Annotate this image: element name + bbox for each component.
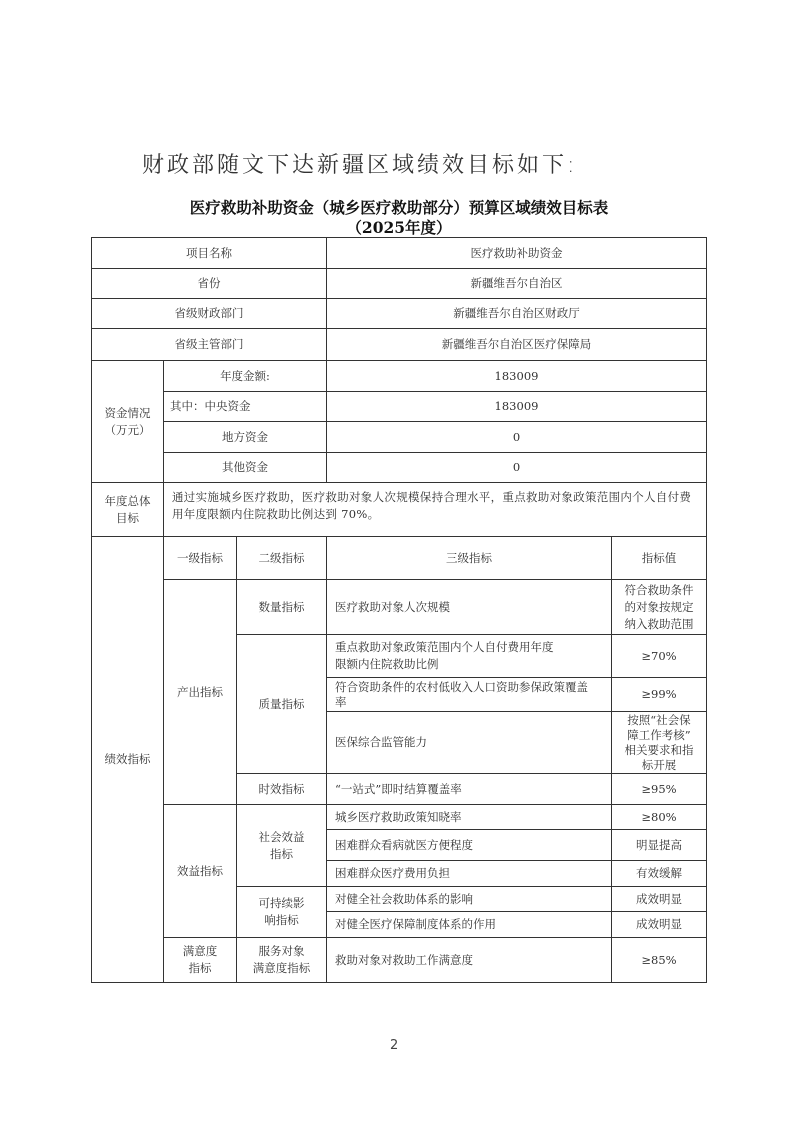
header-value: 指标值 (611, 536, 707, 580)
level3-row-1: 医疗救助对象人次规模 (326, 579, 612, 635)
header-level3: 三级指标 (326, 536, 612, 580)
level3-row-7: 困难群众看病就医方便程度 (326, 829, 612, 861)
value-row-9: 成效明显 (611, 886, 707, 912)
value-row-6: ≥80% (611, 804, 707, 830)
performance-table: 项目名称 医疗救助补助资金 省份 新疆维吾尔自治区 省级财政部门 新疆维吾尔自治… (0, 0, 793, 1122)
funding-local-value: 0 (326, 421, 707, 453)
label-province: 省份 (91, 268, 327, 299)
level1-benefit: 效益指标 (163, 804, 237, 938)
value-finance-dept: 新疆维吾尔自治区财政厅 (326, 298, 707, 329)
level2-service-satisfaction: 服务对象 满意度指标 (236, 937, 327, 983)
funding-local-label: 地方资金 (163, 421, 327, 453)
label-project-name: 项目名称 (91, 237, 327, 269)
indicators-section-label: 绩效指标 (91, 536, 164, 983)
value-row-4: 按照“社会保 障工作考核” 相关要求和指 标开展 (611, 711, 707, 774)
level1-output: 产出指标 (163, 579, 237, 805)
value-row-7: 明显提高 (611, 829, 707, 861)
funding-central-label: 其中：中央资金 (163, 391, 327, 422)
level2-social-benefit: 社会效益 指标 (236, 804, 327, 887)
level3-row-8: 困难群众医疗费用负担 (326, 860, 612, 887)
funding-annual-label: 年度金额: (163, 360, 327, 392)
level3-row-4: 医保综合监管能力 (326, 711, 612, 774)
value-row-1: 符合救助条件 的对象按规定 纳入救助范围 (611, 579, 707, 635)
level3-row-11: 救助对象对救助工作满意度 (326, 937, 612, 983)
funding-other-value: 0 (326, 452, 707, 483)
level3-row-6: 城乡医疗救助政策知晓率 (326, 804, 612, 830)
annual-goal-text: 通过实施城乡医疗救助，医疗救助对象人次规模保持合理水平，重点救助对象政策范围内个… (163, 482, 707, 537)
value-row-10: 成效明显 (611, 911, 707, 938)
annual-goal-label: 年度总体 目标 (91, 482, 164, 537)
header-level2: 二级指标 (236, 536, 327, 580)
value-row-5: ≥95% (611, 773, 707, 805)
value-row-8: 有效缓解 (611, 860, 707, 887)
level3-row-2: 重点救助对象政策范围内个人自付费用年度 限额内住院救助比例 (326, 634, 612, 678)
level2-sustainability: 可持续影 响指标 (236, 886, 327, 938)
funding-central-value: 183009 (326, 391, 707, 422)
page-number: 2 (390, 1038, 398, 1053)
label-finance-dept: 省级财政部门 (91, 298, 327, 329)
level2-quantity: 数量指标 (236, 579, 327, 635)
label-supervising-dept: 省级主管部门 (91, 328, 327, 361)
level1-satisfaction: 满意度 指标 (163, 937, 237, 983)
funding-annual-value: 183009 (326, 360, 707, 392)
value-row-11: ≥85% (611, 937, 707, 983)
funding-other-label: 其他资金 (163, 452, 327, 483)
value-province: 新疆维吾尔自治区 (326, 268, 707, 299)
level2-timeliness: 时效指标 (236, 773, 327, 805)
value-supervising-dept: 新疆维吾尔自治区医疗保障局 (326, 328, 707, 361)
level3-row-9: 对健全社会救助体系的影响 (326, 886, 612, 912)
level3-row-10: 对健全医疗保障制度体系的作用 (326, 911, 612, 938)
header-level1: 一级指标 (163, 536, 237, 580)
funding-label: 资金情况 （万元） (91, 360, 164, 483)
value-row-3: ≥99% (611, 677, 707, 712)
value-project-name: 医疗救助补助资金 (326, 237, 707, 269)
level2-quality: 质量指标 (236, 634, 327, 774)
level3-row-3: 符合资助条件的农村低收入人口资助参保政策覆盖 率 (326, 677, 612, 712)
level3-row-5: “一站式”即时结算覆盖率 (326, 773, 612, 805)
value-row-2: ≥70% (611, 634, 707, 678)
